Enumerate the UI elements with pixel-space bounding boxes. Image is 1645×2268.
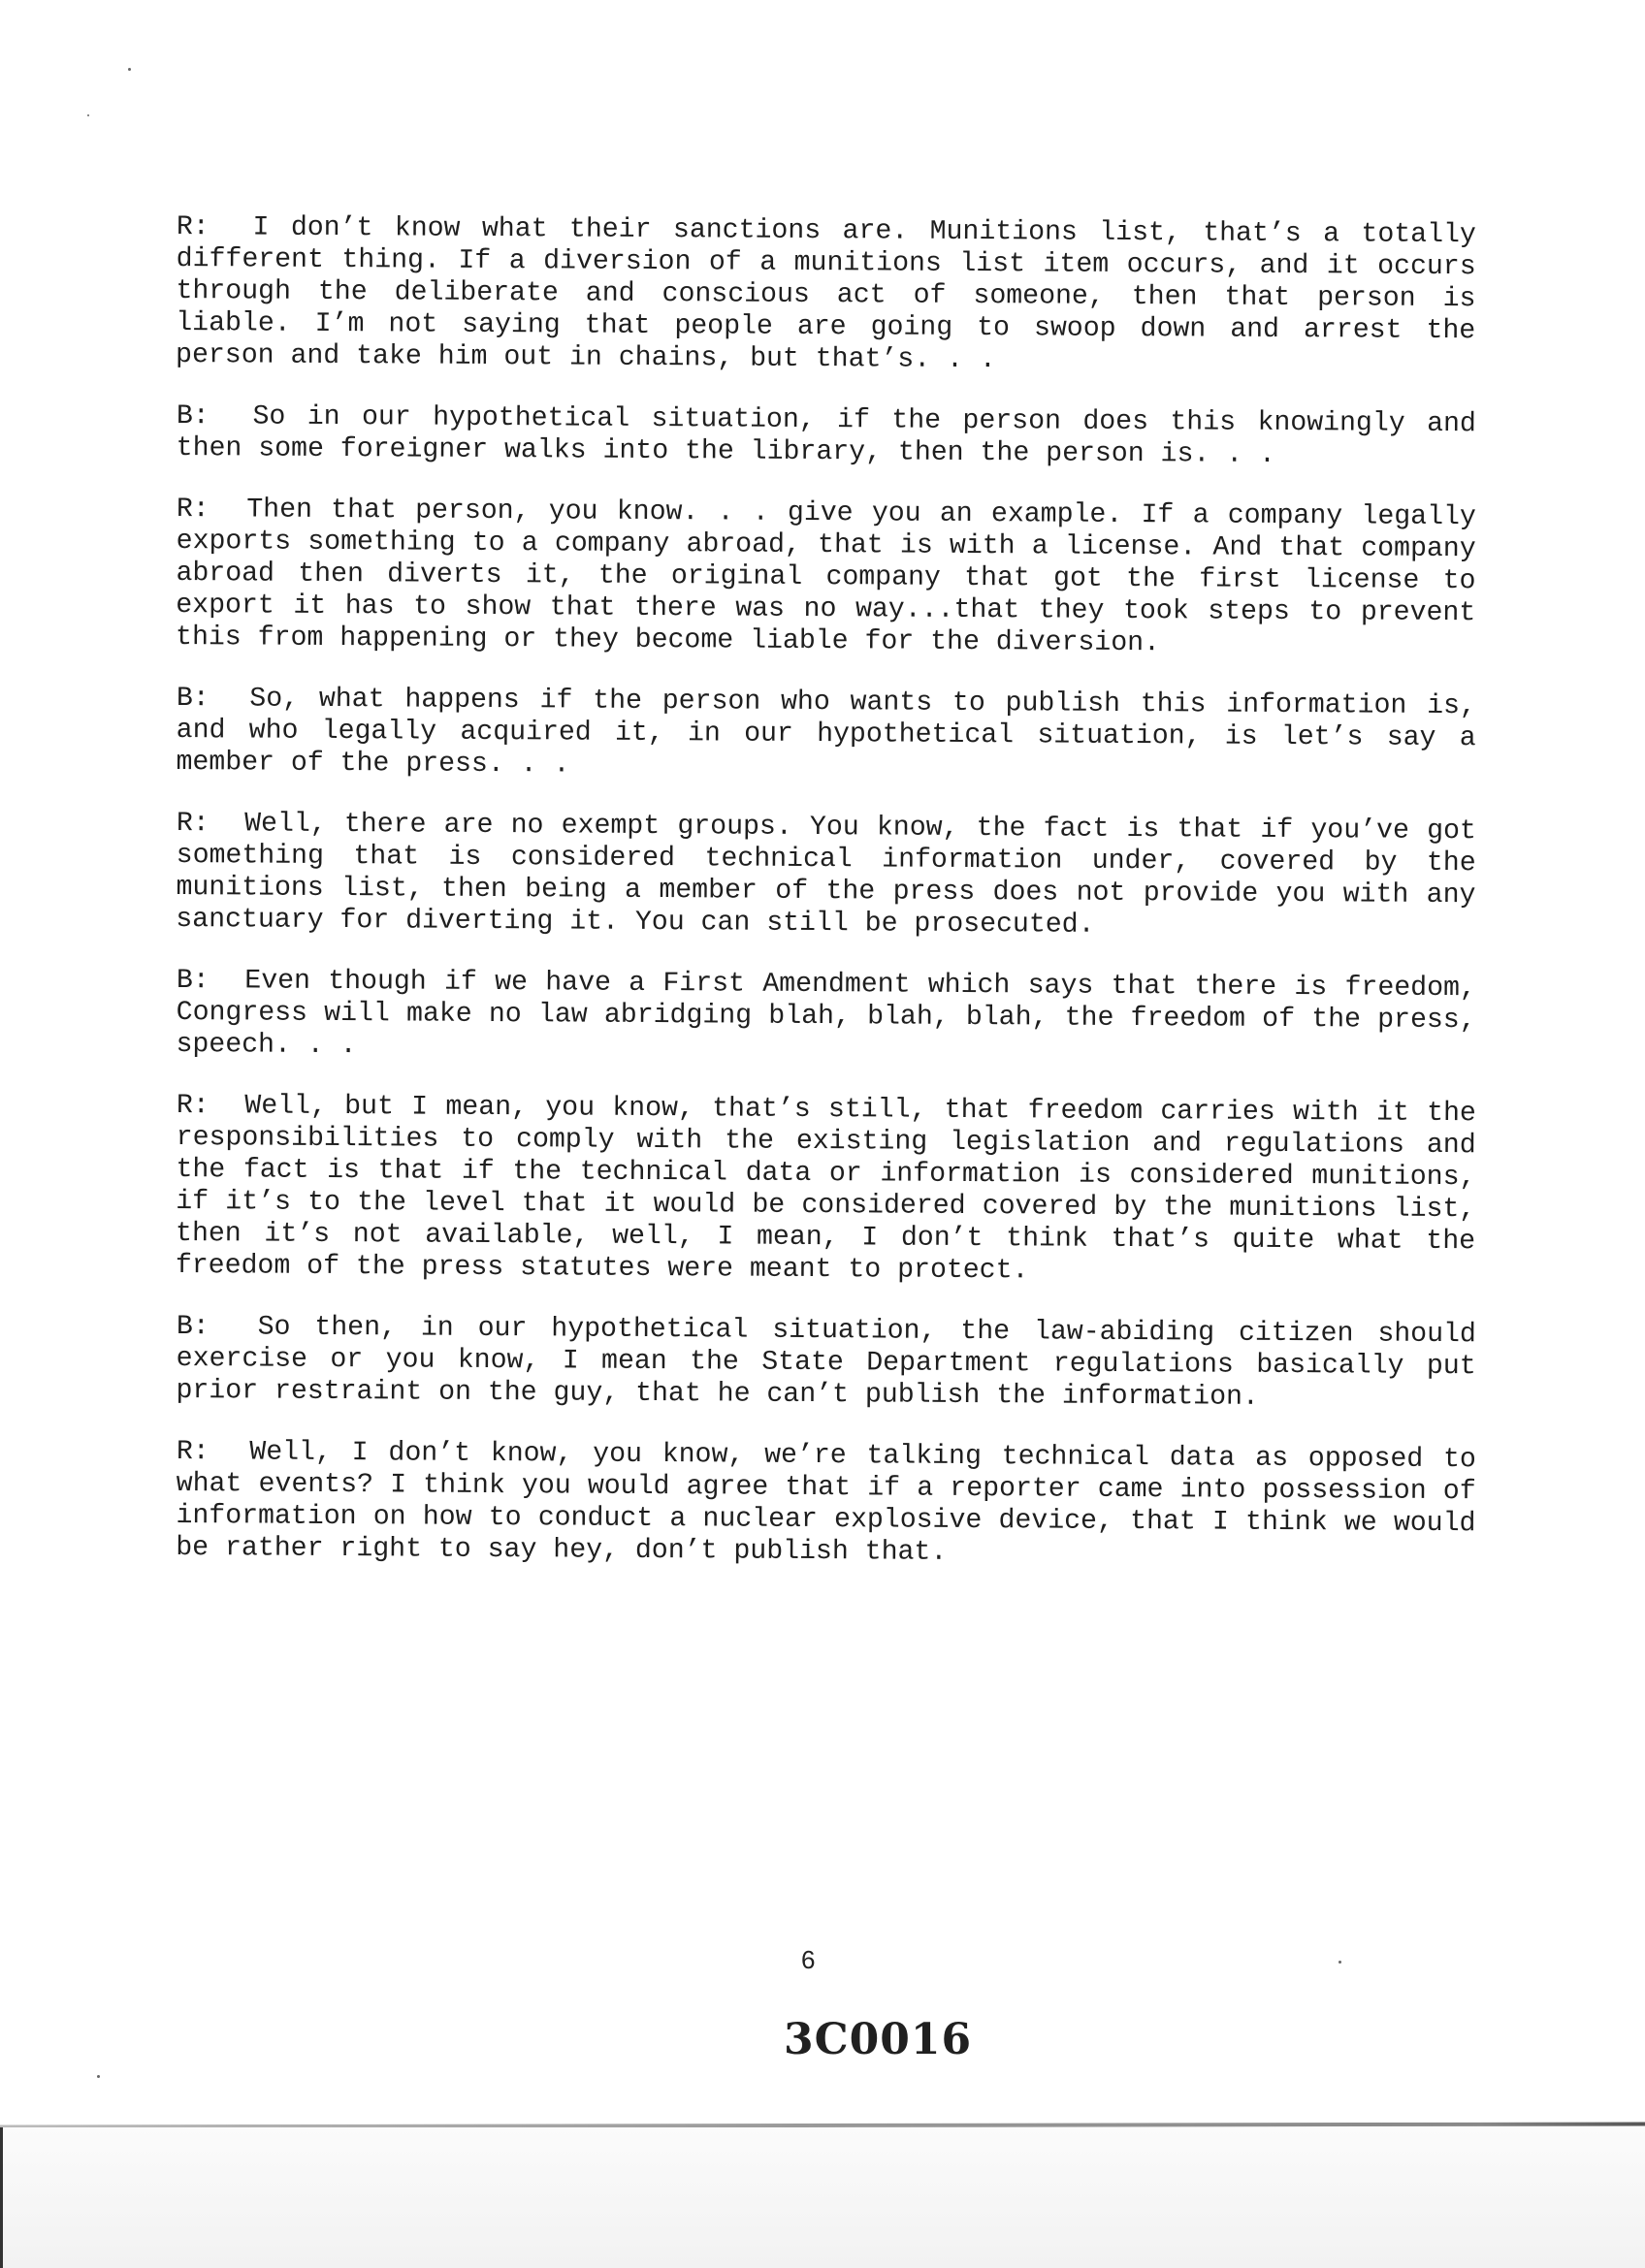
bates-stamp: 3C0016 (784, 2015, 972, 2064)
transcript-paragraph: B:So then, in our hypothetical situation… (176, 1311, 1476, 1415)
speaker-label: B: (177, 684, 250, 714)
paragraph-text: Well, but I mean, you know, that’s still… (176, 1091, 1476, 1286)
scan-speck (97, 2075, 100, 2078)
scan-speck (1339, 1961, 1341, 1964)
paragraph-text: Well, there are no exempt groups. You kn… (176, 809, 1476, 940)
page-number: 6 (801, 1945, 815, 1975)
speaker-label: R: (177, 212, 253, 242)
scan-speck (128, 68, 131, 71)
transcript-paragraph: R:Well, there are no exempt groups. You … (176, 808, 1476, 943)
transcript-paragraph: B:So in our hypothetical situation, if t… (177, 400, 1476, 472)
speaker-label: R: (177, 809, 244, 839)
paragraph-text: So, what happens if the person who wants… (176, 684, 1476, 780)
speaker-label: B: (177, 966, 245, 996)
document-page: R:I don’t know what their sanctions are.… (0, 0, 1645, 2125)
paragraph-text: So then, in our hypothetical situation, … (176, 1313, 1476, 1413)
scanner-background (0, 2127, 1645, 2268)
transcript-body: R:I don’t know what their sanctions are.… (177, 211, 1476, 1593)
speaker-label: R: (177, 1437, 250, 1467)
speaker-label: B: (177, 1312, 258, 1343)
transcript-paragraph: R:Well, but I mean, you know, that’s sti… (176, 1090, 1476, 1290)
transcript-paragraph: R:Then that person, you know. . . give y… (176, 494, 1476, 661)
paragraph-text: So in our hypothetical situation, if the… (177, 401, 1476, 469)
paragraph-text: Well, I don’t know, you know, we’re talk… (176, 1437, 1476, 1567)
transcript-paragraph: B:Even though if we have a First Amendme… (176, 965, 1476, 1069)
scan-speck (87, 114, 89, 116)
paragraph-text: Then that person, you know. . . give you… (176, 495, 1476, 658)
speaker-label: B: (177, 401, 253, 431)
transcript-paragraph: B:So, what happens if the person who wan… (176, 683, 1476, 786)
speaker-label: R: (177, 495, 247, 525)
transcript-paragraph: R:I don’t know what their sanctions are.… (176, 211, 1476, 379)
transcript-paragraph: R:Well, I don’t know, you know, we’re ta… (176, 1436, 1476, 1572)
paragraph-text: Even though if we have a First Amendment… (176, 966, 1476, 1061)
speaker-label: R: (177, 1091, 245, 1121)
paragraph-text: I don’t know what their sanctions are. M… (176, 212, 1476, 375)
